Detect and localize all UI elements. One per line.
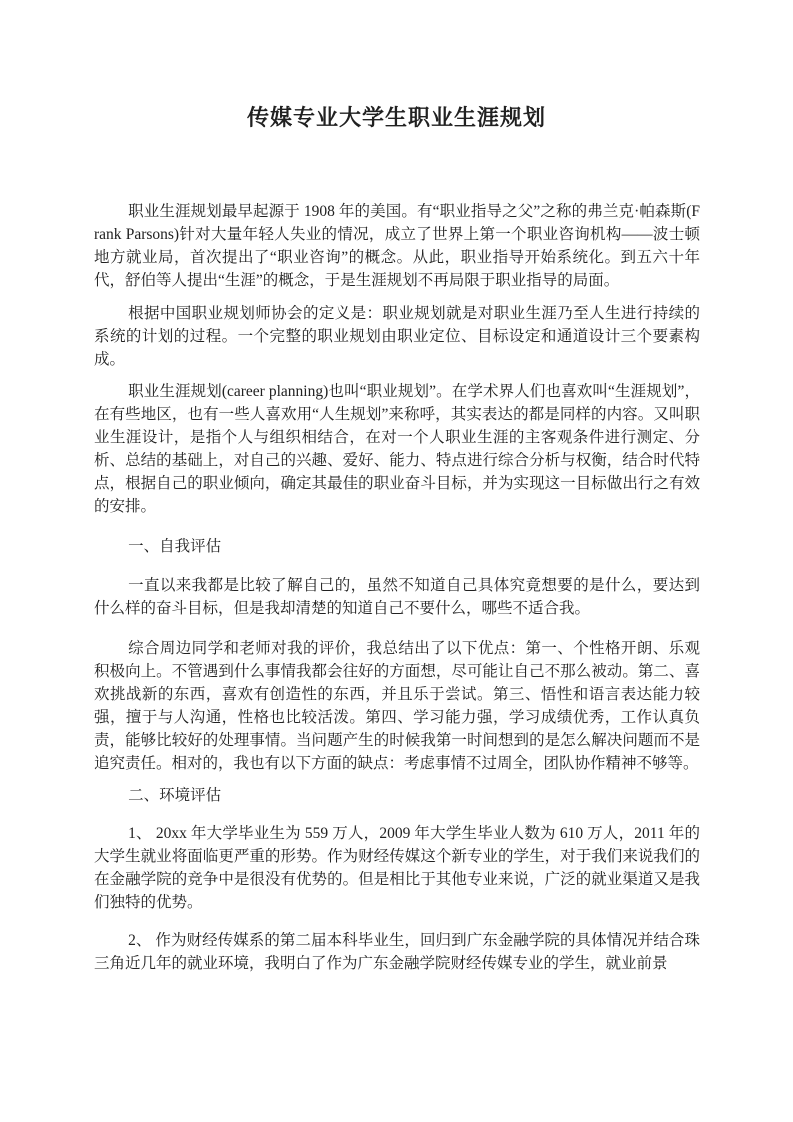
strengths-weaknesses-paragraph: 综合周边同学和老师对我的评价，我总结出了以下优点：第一、个性格开朗、乐观积极向上… (94, 637, 700, 775)
definition-paragraph: 根据中国职业规划师协会的定义是：职业规划就是对职业生涯乃至人生进行持续的系统的计… (94, 302, 700, 371)
document-body: 职业生涯规划最早起源于 1908 年的美国。有“职业指导之父”之称的弗兰克·帕森… (0, 200, 793, 975)
intro-paragraph: 职业生涯规划最早起源于 1908 年的美国。有“职业指导之父”之称的弗兰克·帕森… (94, 200, 700, 292)
self-assessment-paragraph: 一直以来我都是比较了解自己的，虽然不知道自己具体究竟想要的是什么，要达到什么样的… (94, 574, 700, 620)
document-page: 传媒专业大学生职业生涯规划 职业生涯规划最早起源于 1908 年的美国。有“职业… (0, 0, 793, 1122)
section-heading-self-assessment: 一、自我评估 (94, 535, 700, 558)
document-title: 传媒专业大学生职业生涯规划 (0, 103, 793, 132)
environment-item-1: 1、 20xx 年大学毕业生为 559 万人，2009 年大学生毕业人数为 61… (94, 822, 700, 914)
environment-item-2: 2、 作为财经传媒系的第二届本科毕业生，回归到广东金融学院的具体情况并结合珠三角… (94, 929, 700, 975)
section-heading-environment-assessment: 二、环境评估 (94, 784, 700, 807)
career-planning-paragraph: 职业生涯规划(career planning)也叫“职业规划”。在学术界人们也喜… (94, 380, 700, 518)
